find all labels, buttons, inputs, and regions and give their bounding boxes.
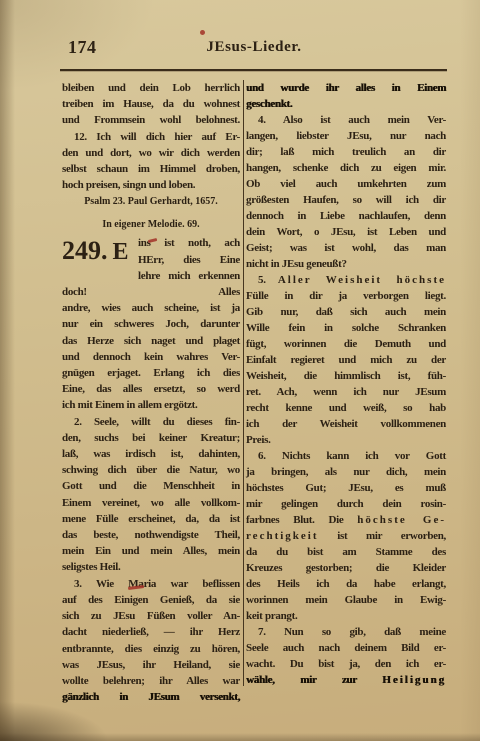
text-line: Seele auch nach deinem Bild er- — [246, 640, 446, 656]
text-line: gnügen erjaget. Erlang ich dies — [62, 365, 240, 381]
text-line: und wurde ihr alles in Einem — [246, 80, 446, 96]
hymn-number: 249. — [62, 235, 108, 266]
text-line: den und dort, wo wir dich werden — [62, 145, 240, 161]
text-line: worinnen mein Glaube in Ewig- — [246, 592, 446, 608]
text-line: 3. Wie Maria war beflissen — [62, 576, 240, 592]
text-line: mir gelingen durch dein rosin- — [246, 496, 446, 512]
text-line: Gott und die Menschheit in — [62, 478, 240, 494]
page-number: 174 — [68, 37, 97, 58]
text-line: wähle, mir zur Heiligung — [246, 672, 446, 688]
text-line: 7. Nun so gib, daß meine — [246, 624, 446, 640]
letterspaced-emphasis: Aller Weisheit höchste — [278, 274, 446, 286]
text-line: selbst schaun im Himmel droben, — [62, 161, 240, 177]
text-line: größesten Haufen, so will ich dir — [246, 192, 446, 208]
text-line: 5. Aller Weisheit höchste — [246, 272, 446, 288]
header-rule — [60, 69, 447, 71]
dropcap-initial: E — [113, 238, 129, 267]
text-line: dein Wort, o JEsu, ist Leben und — [246, 224, 446, 240]
text-line: Fülle in dir ja verborgen liegt. — [246, 288, 446, 304]
text-line: dennoch in Liebe nachlaufen, denn — [246, 208, 446, 224]
page-header: 174 JEsus-Lieder. — [62, 35, 446, 61]
text-line: nicht in JEsu geneußt? — [246, 256, 446, 272]
text-line: wollte belehren; ihr Alles war — [62, 673, 240, 689]
melody-note: In eigener Melodie. 69. — [62, 219, 240, 231]
text-line: hangen, schenke dich zu eigen mir. — [246, 160, 446, 176]
text-line: gänzlich in JEsum versenkt, — [62, 689, 240, 705]
text-line: hoch preisen, singn und loben. — [62, 177, 240, 193]
text-line: Wille fein in solche Schranken — [246, 320, 446, 336]
text-line: ja bringen, als nur dich, mein — [246, 464, 446, 480]
text-line: Ob viel auch umkehrten zum — [246, 176, 446, 192]
text-columns: bleiben und dein Lob herrlichtreiben im … — [62, 80, 446, 741]
column-divider-rule — [243, 80, 244, 686]
text-segment: 5. — [258, 274, 278, 286]
hymn-249-text: ins ist noth, achHErr, dies Einelehre mi… — [62, 235, 240, 705]
stanza-12-block: bleiben und dein Lob herrlichtreiben im … — [62, 80, 240, 193]
text-line: schwing dich über die Natur, wo — [62, 462, 240, 478]
text-line: geschenkt. — [246, 96, 446, 112]
text-line: da du bist am Stamme des — [246, 544, 446, 560]
running-title: JEsus-Lieder. — [62, 35, 446, 56]
text-line: das beste, nothwendigste Theil, — [62, 527, 240, 543]
letterspaced-emphasis: Heiligung — [382, 674, 446, 686]
text-line: treiben im Hause, da du wohnest — [62, 96, 240, 112]
text-line: mein Ein und mein Alles, mein — [62, 543, 240, 559]
text-line: fügt, worinnen die Demuth und — [246, 336, 446, 352]
text-line: Preis. — [246, 432, 446, 448]
text-line: lehre mich erkennen doch! Alles — [62, 268, 240, 300]
text-line: nur ein schweres Joch, darunter — [62, 316, 240, 332]
text-line: entbrannte, dies einzig zu hören, — [62, 641, 240, 657]
text-line: 6. Nichts kann ich vor Gott — [246, 448, 446, 464]
hymn-249-text-continued: und wurde ihr alles in Einemgeschenkt.4.… — [246, 80, 446, 688]
attribution-line: Psalm 23. Paul Gerhardt, 1657. — [62, 194, 240, 209]
text-line: Einfalt regieret und mich zu der — [246, 352, 446, 368]
right-column: und wurde ihr alles in Einemgeschenkt.4.… — [246, 80, 446, 741]
text-line: bleiben und dein Lob herrlich — [62, 80, 240, 96]
letterspaced-emphasis: rechtigkeit — [246, 530, 319, 542]
text-line: Geist; was ist wohl, das man — [246, 240, 446, 256]
letterspaced-emphasis: höchste Ge- — [357, 514, 446, 526]
red-dot-ink-mark — [200, 30, 205, 35]
text-line: 12. Ich will dich hier auf Er- — [62, 129, 240, 145]
text-line: keit prangt. — [246, 608, 446, 624]
text-line: seligstes Heil. — [62, 559, 240, 575]
text-line: 2. Seele, willt du dieses fin- — [62, 414, 240, 430]
text-segment: wähle, mir zur — [246, 674, 382, 686]
text-line: und dennoch kein wahres Ver- — [62, 349, 240, 365]
text-line: höchstes Gut; JEsu, es muß — [246, 480, 446, 496]
text-line: den, suchs bei keiner Kreatur; — [62, 430, 240, 446]
text-segment: farbnes Blut. Die — [246, 514, 357, 526]
left-column: bleiben und dein Lob herrlichtreiben im … — [62, 80, 240, 741]
hymn-249-block: 249. E ins ist noth, achHErr, dies Einel… — [62, 235, 240, 705]
text-line: Kreuzes gestorben; die Kleider — [246, 560, 446, 576]
text-line: Einem vereinet, wo alle vollkom- — [62, 495, 240, 511]
text-line: das Herze sich naget und plaget — [62, 333, 240, 349]
hymn-number-block: 249. E — [62, 235, 138, 268]
text-line: Eine, das alles ersetzt, so werd — [62, 381, 240, 397]
hymnal-page-scan: 174 JEsus-Lieder. bleiben und dein Lob h… — [0, 0, 480, 741]
text-line: farbnes Blut. Die höchste Ge- — [246, 512, 446, 528]
text-line: auf des Einigen Genieß, da sie — [62, 592, 240, 608]
text-line: laß, was irdisch ist, dahinten, — [62, 446, 240, 462]
text-line: des Heils ich da habe erlangt, — [246, 576, 446, 592]
text-line: Gib nur, daß sich auch mein — [246, 304, 446, 320]
text-line: dir; laß mich treulich an dir — [246, 144, 446, 160]
text-line: andre, wies auch scheine, ist ja — [62, 300, 240, 316]
text-line: ich der Weisheit vollkommenen — [246, 416, 446, 432]
text-segment: ist mir erworben, — [319, 530, 446, 542]
text-line: wacht. Du bist ja, den ich er- — [246, 656, 446, 672]
text-line: recht kenne und weiß, so hab — [246, 400, 446, 416]
text-line: ret. Ach, wenn ich nur JEsum — [246, 384, 446, 400]
text-line: rechtigkeit ist mir erworben, — [246, 528, 446, 544]
text-line: Weisheit, die himmlisch ist, füh- — [246, 368, 446, 384]
text-line: mene Fülle erscheinet, da, da ist — [62, 511, 240, 527]
text-line: und Frommsein wohl belohnest. — [62, 112, 240, 128]
text-line: dacht niederließ, — ihr Herz — [62, 624, 240, 640]
text-line: ich mit Einem in allem ergötzt. — [62, 397, 240, 413]
text-line: was JEsus, ihr Heiland, sie — [62, 657, 240, 673]
text-line: sich zu JEsu Füßen voller An- — [62, 608, 240, 624]
text-line: langen, liebster JEsu, nur nach — [246, 128, 446, 144]
text-line: 4. Also ist auch mein Ver- — [246, 112, 446, 128]
